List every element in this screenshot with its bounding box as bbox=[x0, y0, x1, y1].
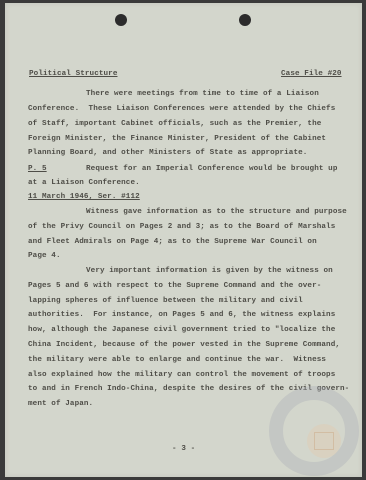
page-number: - 3 - bbox=[172, 445, 195, 453]
body-line: Request for an Imperial Conference would… bbox=[86, 165, 337, 173]
body-line: authorities. For instance, on Pages 5 an… bbox=[28, 311, 335, 319]
body-line: Conference. These Liaison Conferences we… bbox=[28, 105, 335, 113]
punch-hole-right bbox=[239, 14, 251, 26]
body-line: also explained how the military can cont… bbox=[28, 371, 335, 379]
body-line: the military were able to enlarge and co… bbox=[28, 356, 326, 364]
header-section-title: Political Structure bbox=[29, 70, 117, 78]
document-page: Political Structure Case File #20 There … bbox=[5, 3, 362, 477]
body-line: Planning Board, and other Ministers of S… bbox=[28, 149, 307, 157]
rotunda-icon bbox=[314, 432, 334, 450]
body-line: Witness gave information as to the struc… bbox=[86, 208, 347, 216]
body-line: Page 4. bbox=[28, 252, 61, 260]
body-line: of Staff, important Cabinet officials, s… bbox=[28, 120, 321, 128]
body-line: Pages 5 and 6 with respect to the Suprem… bbox=[28, 282, 321, 290]
body-line: ment of Japan. bbox=[28, 400, 93, 408]
body-line: how, although the Japanese civil governm… bbox=[28, 326, 335, 334]
body-line: China Incident, because of the power ves… bbox=[28, 341, 340, 349]
seal-center bbox=[307, 424, 341, 458]
body-line: 11 March 1946, Ser. #112 bbox=[28, 193, 140, 201]
body-line: and Fleet Admirals on Page 4; as to the … bbox=[28, 238, 317, 246]
header-case-file: Case File #20 bbox=[281, 70, 342, 78]
university-seal-watermark bbox=[269, 386, 359, 476]
body-line: Foreign Minister, the Finance Minister, … bbox=[28, 135, 326, 143]
body-line: lapping spheres of influence between the… bbox=[28, 297, 303, 305]
body-line: There were meetings from time to time of… bbox=[86, 90, 319, 98]
body-line: Very important information is given by t… bbox=[86, 267, 333, 275]
punch-hole-left bbox=[115, 14, 127, 26]
page-reference-label: P. 5 bbox=[28, 165, 47, 173]
body-line: at a Liaison Conference. bbox=[28, 179, 140, 187]
body-line: of the Privy Council on Pages 2 and 3; a… bbox=[28, 223, 335, 231]
